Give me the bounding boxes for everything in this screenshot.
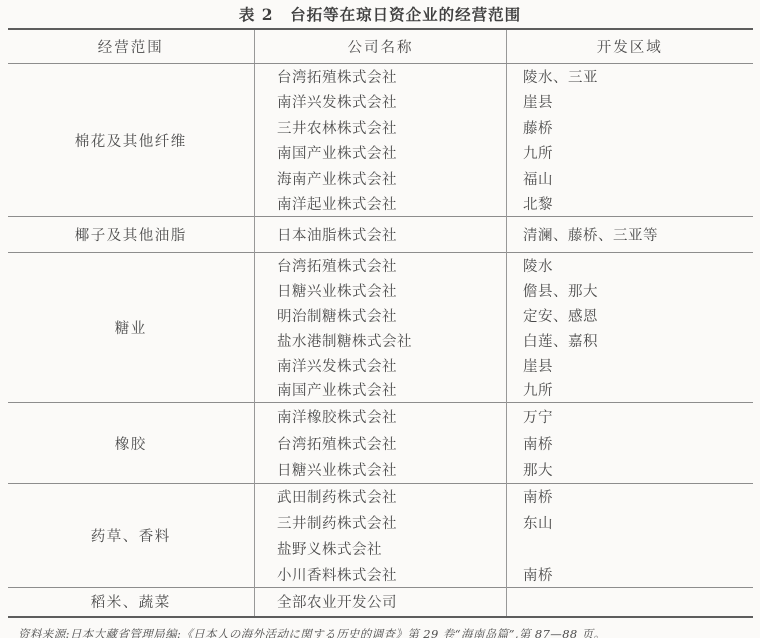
table-row: 稻米、蔬菜全部农业开发公司 [8, 588, 753, 617]
table-row: 药草、香料武田制药株式会社南桥 [8, 484, 753, 510]
company-cell: 台湾拓殖株式会社 [255, 430, 507, 457]
scope-cell: 稻米、蔬菜 [8, 588, 255, 617]
region-cell: 那大 [507, 457, 753, 484]
scope-cell: 药草、香料 [8, 484, 255, 588]
region-cell: 福山 [507, 166, 753, 192]
company-cell: 盐水港制糖株式会社 [255, 328, 507, 353]
company-cell: 台湾拓殖株式会社 [255, 64, 507, 90]
company-cell: 三井农林株式会社 [255, 115, 507, 141]
table-row: 橡胶南洋橡胶株式会社万宁 [8, 403, 753, 430]
header-scope: 经营范围 [8, 29, 255, 64]
scope-cell: 椰子及其他油脂 [8, 217, 255, 253]
region-cell [507, 536, 753, 562]
region-cell: 定安、感恩 [507, 303, 753, 328]
company-cell: 南国产业株式会社 [255, 140, 507, 166]
source-note: 资料来源:日本大藏省管理局编:《日本人の海外活动に関する历史的调查》第 29 卷… [18, 626, 760, 638]
table-row: 糖业台湾拓殖株式会社陵水 [8, 253, 753, 278]
company-cell: 明治制糖株式会社 [255, 303, 507, 328]
region-cell: 藤桥 [507, 115, 753, 141]
company-cell: 三井制药株式会社 [255, 510, 507, 536]
company-cell: 台湾拓殖株式会社 [255, 253, 507, 278]
scope-cell: 棉花及其他纤维 [8, 64, 255, 217]
region-cell: 南桥 [507, 484, 753, 510]
region-cell: 儋县、那大 [507, 278, 753, 303]
table-body: 棉花及其他纤维台湾拓殖株式会社陵水、三亚南洋兴发株式会社崖县三井农林株式会社藤桥… [8, 64, 753, 617]
region-cell: 白莲、嘉积 [507, 328, 753, 353]
company-cell: 日本油脂株式会社 [255, 217, 507, 253]
table-title: 表 2 台拓等在琼日资企业的经营范围 [0, 0, 760, 25]
company-cell: 南洋起业株式会社 [255, 191, 507, 217]
company-cell: 海南产业株式会社 [255, 166, 507, 192]
region-cell: 万宁 [507, 403, 753, 430]
company-cell: 南国产业株式会社 [255, 378, 507, 403]
region-cell: 北黎 [507, 191, 753, 217]
scope-cell: 糖业 [8, 253, 255, 403]
header-company: 公司名称 [255, 29, 507, 64]
scanned-page: 表 2 台拓等在琼日资企业的经营范围 经营范围 公司名称 开发区域 棉花及其他纤… [0, 0, 760, 638]
company-cell: 南洋橡胶株式会社 [255, 403, 507, 430]
company-cell: 小川香料株式会社 [255, 562, 507, 588]
region-cell [507, 588, 753, 617]
company-cell: 全部农业开发公司 [255, 588, 507, 617]
company-cell: 南洋兴发株式会社 [255, 89, 507, 115]
region-cell: 东山 [507, 510, 753, 536]
table-row: 椰子及其他油脂日本油脂株式会社清澜、藤桥、三亚等 [8, 217, 753, 253]
company-cell: 南洋兴发株式会社 [255, 353, 507, 378]
company-cell: 盐野义株式会社 [255, 536, 507, 562]
company-cell: 武田制药株式会社 [255, 484, 507, 510]
region-cell: 南桥 [507, 562, 753, 588]
company-cell: 日糖兴业株式会社 [255, 457, 507, 484]
region-cell: 九所 [507, 378, 753, 403]
region-cell: 南桥 [507, 430, 753, 457]
region-cell: 崖县 [507, 353, 753, 378]
header-row: 经营范围 公司名称 开发区域 [8, 29, 753, 64]
region-cell: 清澜、藤桥、三亚等 [507, 217, 753, 253]
region-cell: 陵水、三亚 [507, 64, 753, 90]
region-cell: 陵水 [507, 253, 753, 278]
table-row: 棉花及其他纤维台湾拓殖株式会社陵水、三亚 [8, 64, 753, 90]
company-cell: 日糖兴业株式会社 [255, 278, 507, 303]
business-scope-table: 经营范围 公司名称 开发区域 棉花及其他纤维台湾拓殖株式会社陵水、三亚南洋兴发株… [8, 28, 753, 618]
region-cell: 九所 [507, 140, 753, 166]
region-cell: 崖县 [507, 89, 753, 115]
header-region: 开发区域 [507, 29, 753, 64]
scope-cell: 橡胶 [8, 403, 255, 484]
